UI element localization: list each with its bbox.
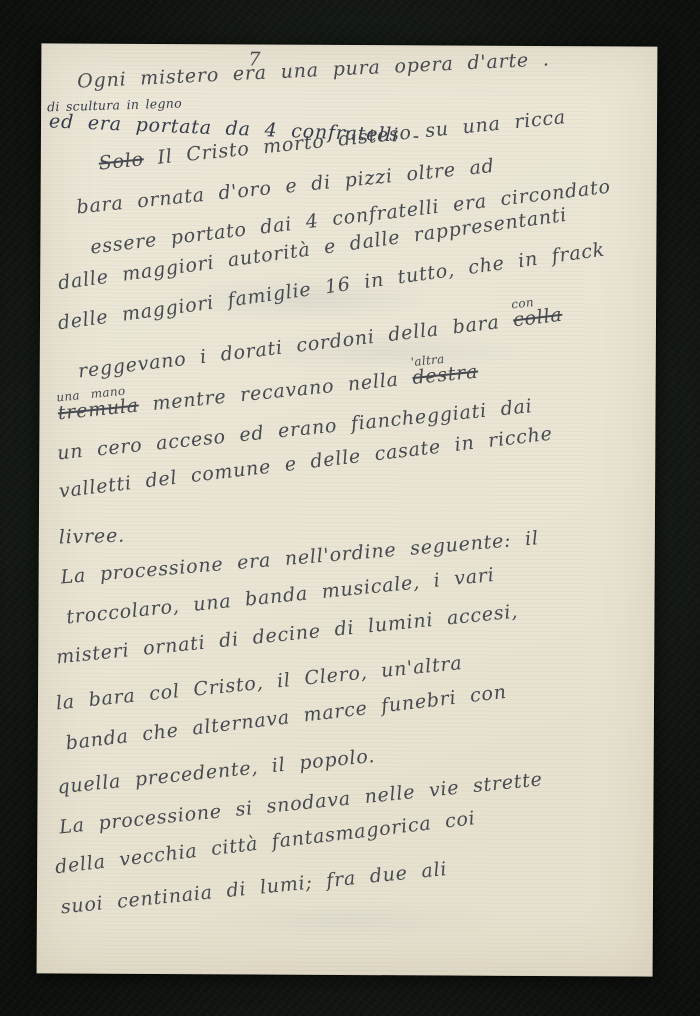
struck-word: colla bbox=[512, 303, 564, 333]
correction-stack: 'altradestra bbox=[410, 352, 479, 390]
handwriting-text: livree. bbox=[59, 525, 126, 549]
photo-background: { "scene": { "background_color": "#13181… bbox=[0, 0, 700, 1016]
correction-stack: una manotremula bbox=[56, 385, 140, 425]
handwriting-line: livree. bbox=[58, 524, 125, 550]
correction-stack: concolla bbox=[511, 295, 564, 333]
manuscript-page: 7 Ogni mistero era una pura opera d'arte… bbox=[37, 43, 658, 976]
struck-word: destra bbox=[411, 360, 479, 390]
struck-word: Solo bbox=[98, 148, 145, 174]
handwriting-text: Ogni mistero era una pura opera d'arte . bbox=[77, 48, 550, 92]
handwriting-line: Ogni mistero era una pura opera d'arte . bbox=[77, 47, 550, 93]
